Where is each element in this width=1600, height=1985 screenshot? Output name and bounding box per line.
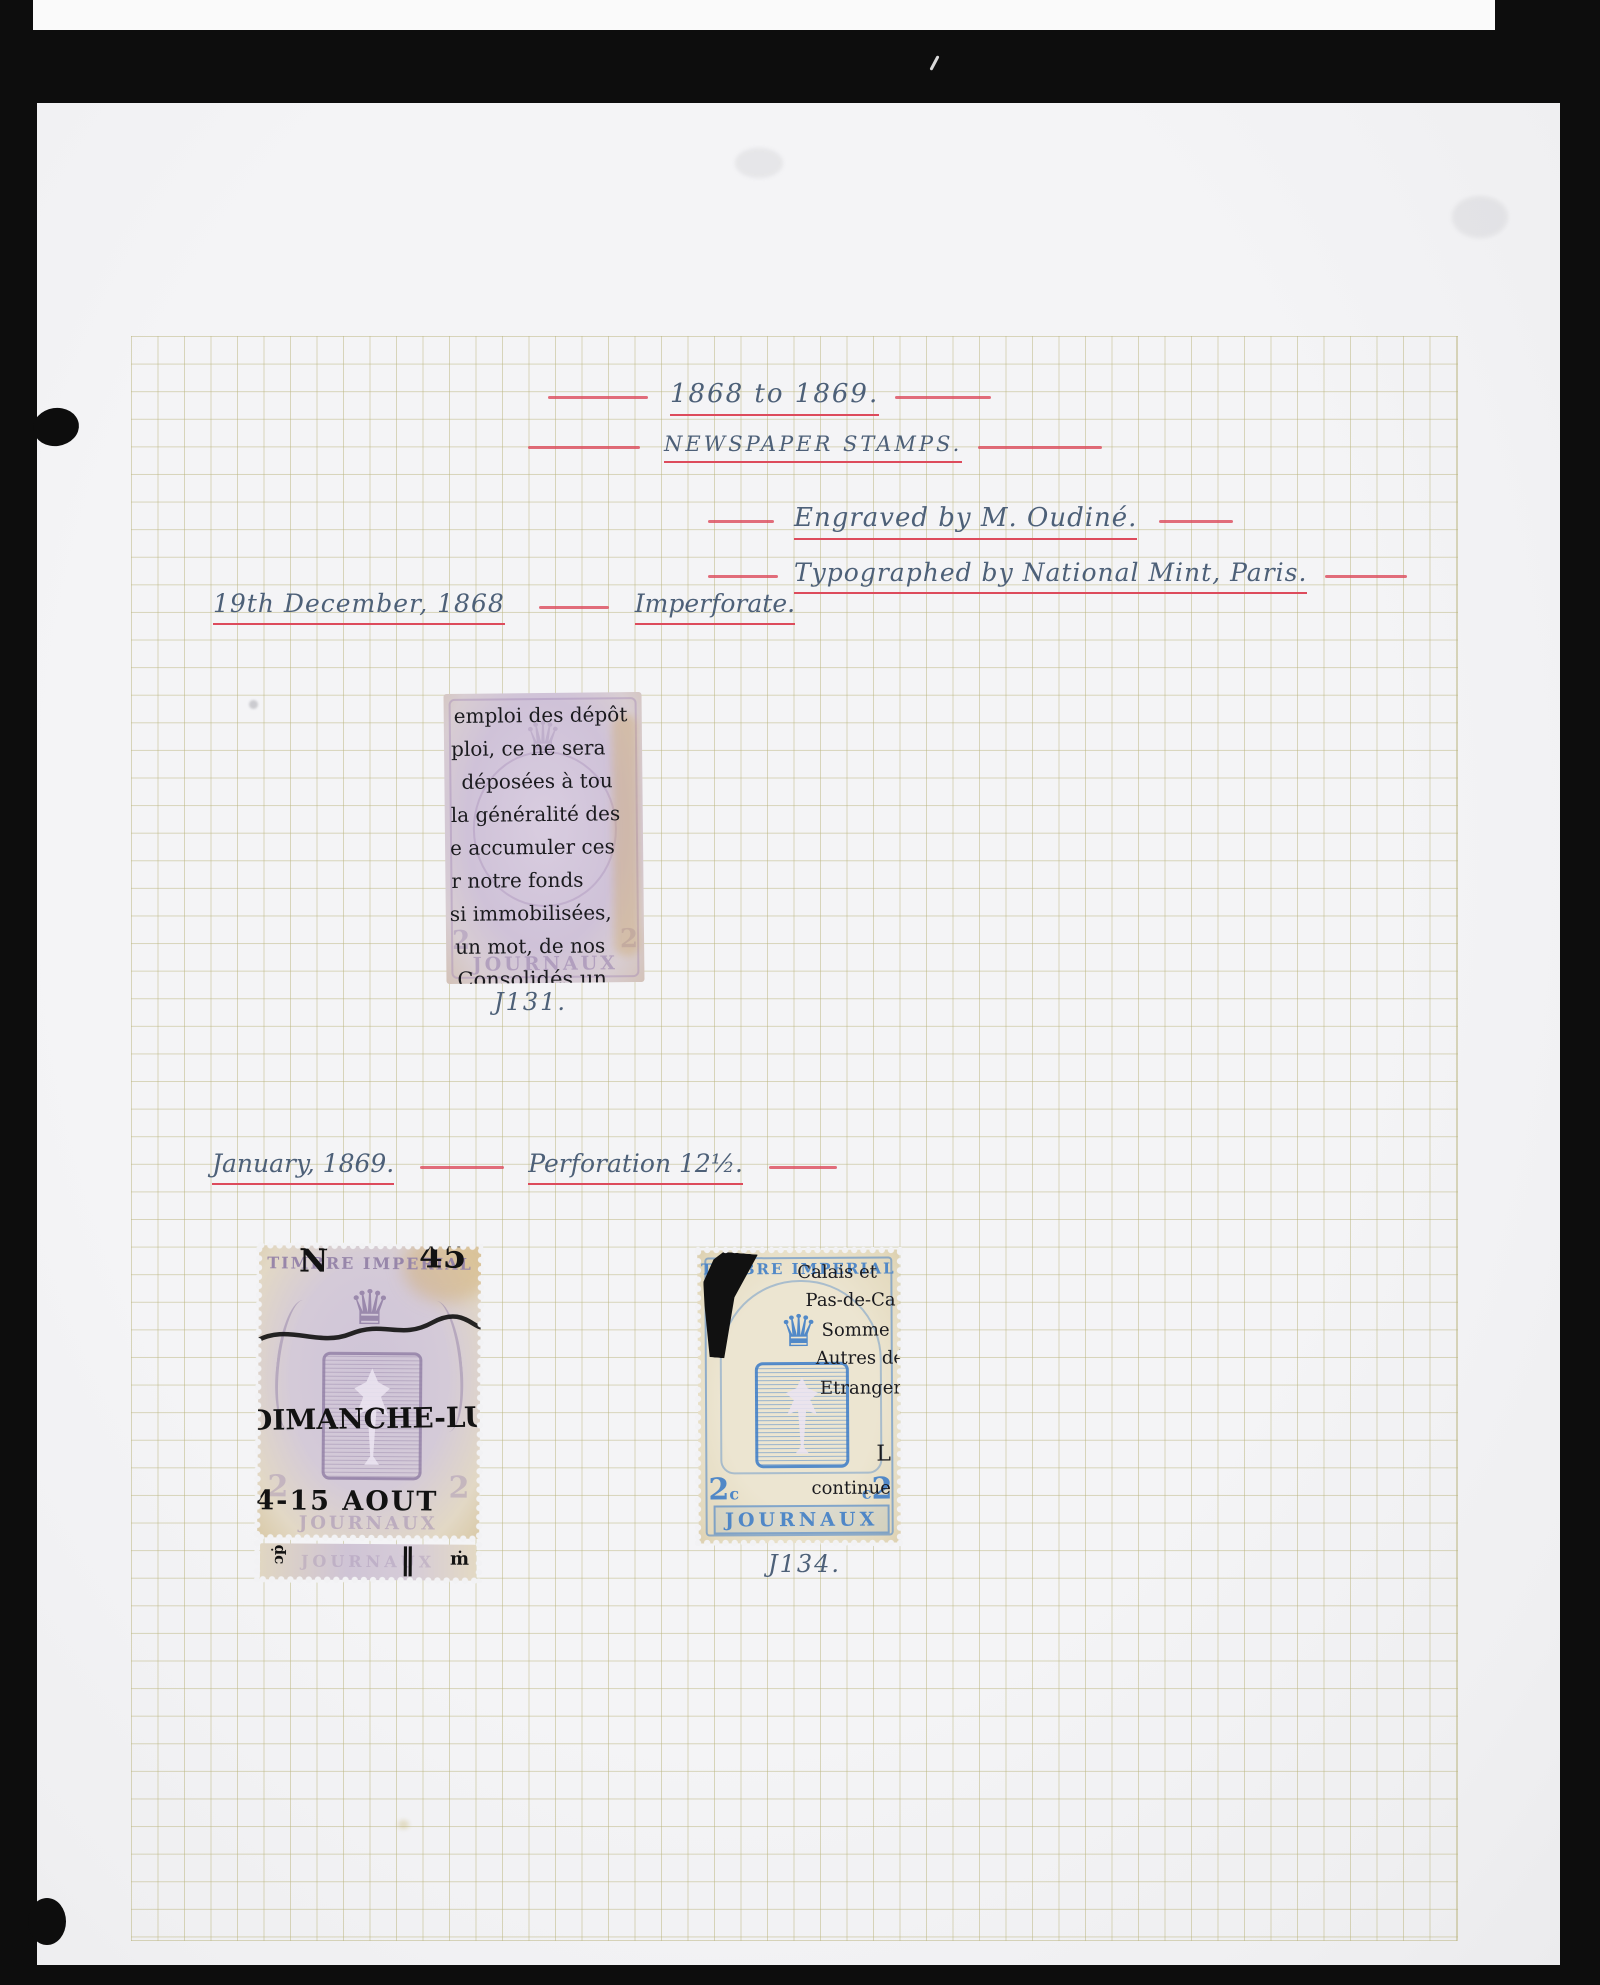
stamp-caption-j134: J134. — [768, 1550, 841, 1578]
newsprint-line: un mot, de nos — [450, 929, 630, 964]
cancel-fragment-bars: ‖ — [400, 1543, 415, 1577]
newsprint-line: déposées à tou — [448, 764, 628, 799]
newsprint-line: la généralité des — [449, 797, 629, 832]
stamp-denomination-left: 2c — [708, 1472, 739, 1507]
red-dash — [978, 446, 1102, 449]
red-dash — [708, 520, 774, 523]
engraver-row: Engraved by M. Oudiné. — [708, 503, 1233, 540]
newsprint-line: Etranger — [820, 1377, 901, 1398]
newsprint-line: r notre fonds — [449, 863, 629, 898]
perforation-edge — [694, 1248, 702, 1545]
overprint-dimanche: DIMANCHE-LUN — [257, 1400, 481, 1437]
denom-digit: 2 — [708, 1472, 729, 1507]
title-row: 1868 to 1869. — [548, 379, 991, 416]
page-smudge — [1452, 196, 1508, 238]
imperforate-issue-row: 19th December, 1868 Imperforate. — [213, 589, 795, 625]
stamp-dimanche-pair: TIMBRE IMPERIAL ♛ 2 2 JOURNAUX N 45 DIMA… — [257, 1245, 481, 1581]
cancel-fragment-left: ɔṗ — [269, 1544, 287, 1564]
stamp-caption-j131: J131. — [494, 988, 567, 1016]
cancellation-squiggle — [257, 1309, 481, 1357]
newsprint-line-l: L — [876, 1442, 891, 1467]
newsprint-line: ploi, ce ne sera — [448, 731, 628, 766]
printer-note: Typographed by National Mint, Paris. — [794, 558, 1307, 594]
page-speck — [249, 700, 258, 709]
red-dash — [528, 446, 640, 449]
red-dash — [895, 396, 991, 399]
newsprint-line: Calais et — [797, 1262, 877, 1283]
perforation-edge — [259, 1575, 477, 1585]
overprint-number-n: N — [299, 1245, 329, 1279]
newsprint-line: Autres dé — [816, 1347, 901, 1368]
red-dash — [539, 606, 609, 609]
newsprint-text-block: emploi des dépôt ploi, ce ne sera déposé… — [448, 698, 631, 984]
stamp-journaux-banner: JOURNAUX — [714, 1505, 890, 1535]
engraver-note: Engraved by M. Oudiné. — [794, 503, 1137, 540]
stamp-dimanche-main: TIMBRE IMPERIAL ♛ 2 2 JOURNAUX N 45 DIMA… — [257, 1245, 481, 1539]
newsprint-line: Pas-de-Ca — [805, 1289, 895, 1310]
overprint-aout: 4-15 AOUT — [257, 1485, 438, 1517]
newsprint-line: Consolidés un — [450, 962, 630, 984]
perforation-edge — [896, 1248, 904, 1545]
stamp-journaux-label: JOURNAUX — [260, 1551, 476, 1572]
issue-date: 19th December, 1868 — [213, 589, 505, 625]
perforation-edge — [257, 1533, 479, 1543]
issue-type: Imperforate. — [635, 589, 795, 625]
red-dash — [420, 1166, 504, 1169]
scanned-album-page: 1868 to 1869. NEWSPAPER STAMPS. Engraved… — [0, 0, 1600, 1985]
newsprint-line: Somme — [822, 1320, 890, 1341]
scan-speck — [929, 55, 939, 71]
newsprint-line: si immobilisées, — [450, 896, 630, 931]
cancel-fragment-right: ṁ — [450, 1549, 469, 1570]
period-title: 1868 to 1869. — [670, 379, 879, 416]
red-dash — [548, 396, 648, 399]
perforated-issue-row: January, 1869. Perforation 12½. — [212, 1149, 837, 1185]
newsprint-line: e accumuler ces — [449, 830, 629, 865]
perforation-edge — [694, 1246, 904, 1254]
page-smudge — [735, 148, 783, 178]
scanner-edge-strip — [33, 0, 1495, 30]
perforation-edge — [694, 1539, 904, 1547]
stamp-j134: TIMBRE IMPERIAL ♛ 2c c2 JOURNAUX Calais … — [697, 1249, 901, 1543]
printer-row: Typographed by National Mint, Paris. — [708, 558, 1407, 594]
category-row: NEWSPAPER STAMPS. — [528, 432, 1102, 463]
stamp-j131: ♛ 2 2 JOURNAUX emploi des dépôt ploi, ce… — [443, 692, 644, 984]
stamp-journaux-label: JOURNAUX — [725, 1508, 878, 1531]
punch-hole-bottom — [28, 1898, 66, 1945]
newsprint-line-continue: continue — [811, 1478, 890, 1499]
red-dash — [1159, 520, 1233, 523]
issue-date: January, 1869. — [212, 1149, 394, 1185]
stamp-denomination-right: 2 — [448, 1471, 469, 1506]
newsprint-line: emploi des dépôt — [448, 698, 628, 733]
page-stain — [398, 1820, 409, 1829]
red-dash — [769, 1166, 837, 1169]
category-title: NEWSPAPER STAMPS. — [664, 432, 962, 463]
red-dash — [1325, 575, 1407, 578]
denom-unit: c — [729, 1484, 739, 1503]
perforation-edge — [257, 1241, 483, 1251]
red-dash — [708, 575, 778, 578]
issue-type: Perforation 12½. — [528, 1149, 743, 1185]
